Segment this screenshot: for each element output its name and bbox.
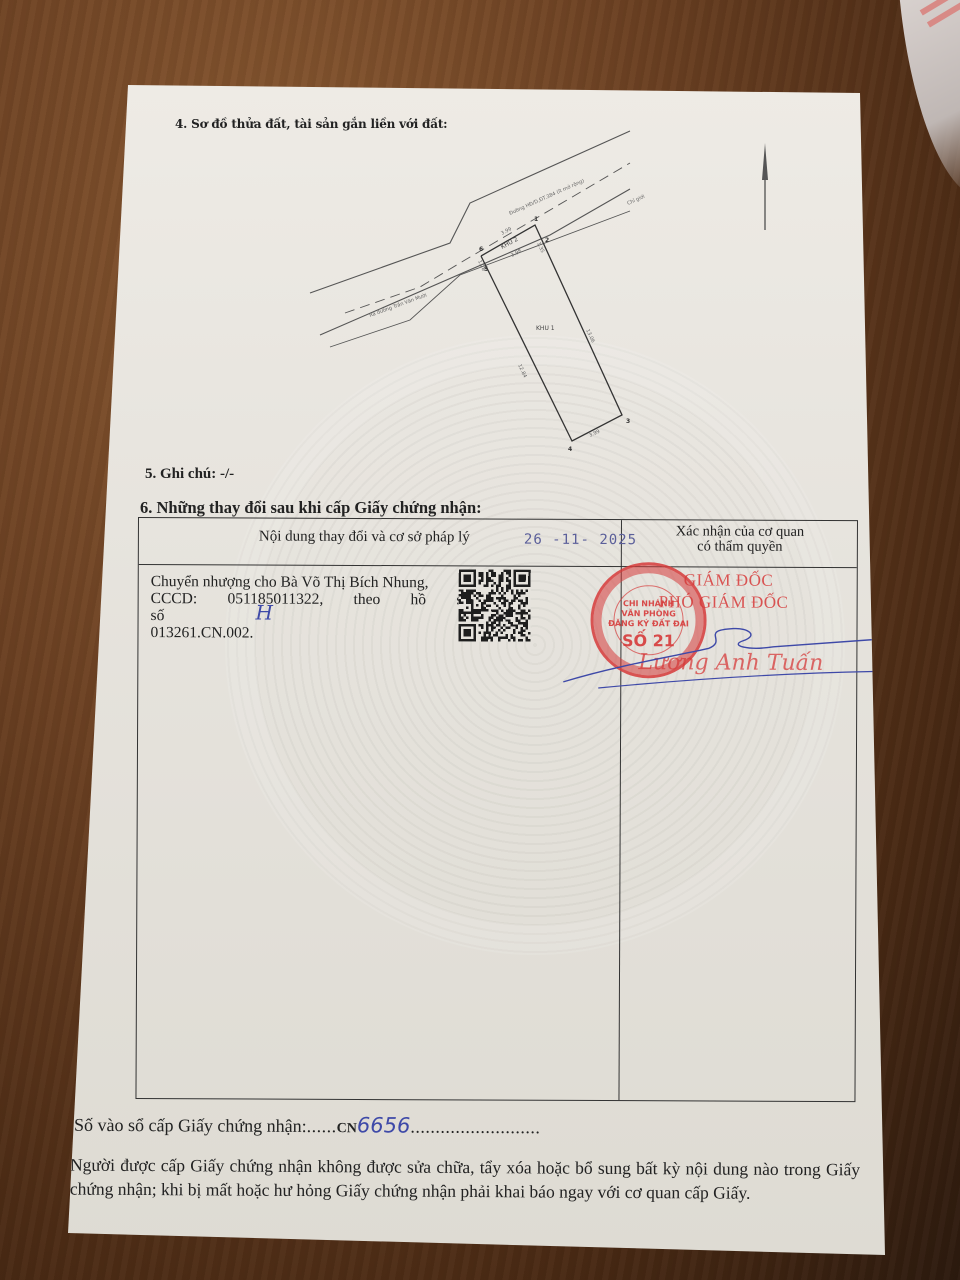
- date-stamp: 26 -11- 2025: [524, 532, 637, 548]
- entry-line-2: CCCD: 051185011322, theo hồ sơ số: [151, 590, 471, 625]
- registration-prefix: CN: [337, 1121, 357, 1136]
- road-label: Đường HĐ/D,ĐT.384 (ít mở rộng): [508, 177, 585, 217]
- land-certificate-page: 4. Sơ đồ thửa đất, tài sản gắn liền với …: [40, 85, 910, 1255]
- boundary-label: Chỉ giới: [626, 193, 646, 207]
- entry-line-3: 013261.CN.002.: [150, 624, 470, 642]
- handwritten-initials: H: [256, 601, 274, 625]
- zone-khu-1: KHU 1: [536, 325, 555, 332]
- stamp-line-1: CHI NHÁNH: [594, 599, 704, 608]
- registration-number: 6656: [357, 1113, 411, 1137]
- point-6: 6: [479, 246, 483, 253]
- registration-label: Số vào sổ cấp Giấy chứng nhận:: [74, 1115, 307, 1136]
- point-4: 4: [568, 446, 572, 453]
- header-change-content: Nội dung thay đổi và cơ sở pháp lý: [259, 529, 470, 547]
- section-5-notes: 5. Ghi chú: -/-: [145, 466, 234, 483]
- dim-5-2: 3.98: [510, 248, 523, 259]
- change-entry: Chuyển nhượng cho Bà Võ Thị Bích Nhung, …: [150, 573, 470, 642]
- point-2: 2: [545, 237, 549, 244]
- dim-5-4: 12.84: [516, 363, 527, 379]
- point-5: 5: [484, 266, 488, 273]
- legal-notice: Người được cấp Giấy chứng nhận không đượ…: [70, 1153, 860, 1206]
- registration-number-line: Số vào sổ cấp Giấy chứng nhận:......CN66…: [74, 1112, 541, 1138]
- point-1: 1: [534, 216, 538, 223]
- section-6-title: 6. Những thay đổi sau khi cấp Giấy chứng…: [140, 498, 482, 518]
- dim-4-3: 3.99: [588, 429, 601, 439]
- header-divider: [139, 564, 857, 568]
- qr-code-icon: [458, 569, 530, 641]
- entry-line-1: Chuyển nhượng cho Bà Võ Thị Bích Nhung,: [151, 573, 471, 591]
- signature-scribble: [558, 610, 888, 691]
- point-3: 3: [626, 418, 630, 425]
- zone-khu-2: KHU 2: [500, 236, 520, 251]
- header-authority-confirmation: Xác nhận của cơ quan có thẩm quyền: [629, 524, 851, 555]
- header-authority-line2: có thẩm quyền: [629, 539, 851, 555]
- land-plot-diagram: Đường HĐ/D,ĐT.384 (ít mở rộng) Ra đường …: [290, 125, 810, 455]
- changes-table: Nội dung thay đổi và cơ sở pháp lý 26 -1…: [135, 517, 858, 1102]
